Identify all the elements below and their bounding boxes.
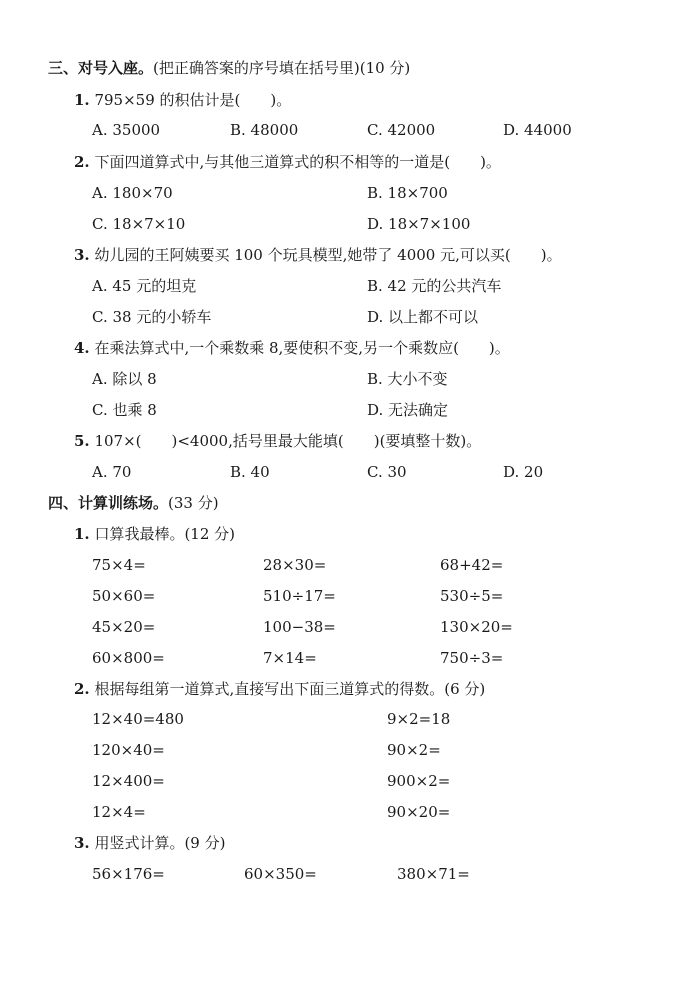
option-c: C. 42000 bbox=[367, 120, 435, 140]
oral-calc-item: 28×30= bbox=[263, 555, 326, 575]
section-3-heading: 三、对号入座。(把正确答案的序号填在括号里)(10 分) bbox=[48, 58, 410, 78]
question-text: 幼儿园的王阿姨要买 100 个玩具模型,她带了 4000 元,可以买( )。 bbox=[94, 246, 561, 264]
option-c: C. 18×7×10 bbox=[92, 214, 185, 234]
vertical-calc-item: 380×71= bbox=[397, 864, 470, 884]
vertical-calc-item: 56×176= bbox=[92, 864, 165, 884]
question-1: 1. 795×59 的积估计是( )。 bbox=[74, 90, 291, 110]
section-3-title: 三、对号入座。 bbox=[48, 59, 153, 77]
option-a: A. 180×70 bbox=[92, 183, 173, 203]
pattern-calc-item: 12×400= bbox=[92, 771, 165, 791]
section-4-note: (33 分) bbox=[168, 494, 219, 512]
question-text: 下面四道算式中,与其他三道算式的积不相等的一道是( )。 bbox=[94, 153, 500, 171]
question-number: 3. bbox=[74, 246, 90, 264]
pattern-calc-item: 12×40=480 bbox=[92, 709, 184, 729]
option-b: B. 42 元的公共汽车 bbox=[367, 276, 501, 296]
oral-calc-item: 60×800= bbox=[92, 648, 165, 668]
pattern-calc-item: 120×40= bbox=[92, 740, 165, 760]
option-a: A. 70 bbox=[92, 462, 131, 482]
vertical-calc-item: 60×350= bbox=[244, 864, 317, 884]
worksheet-page: 三、对号入座。(把正确答案的序号填在括号里)(10 分) 1. 795×59 的… bbox=[0, 0, 689, 1005]
question-2: 2. 下面四道算式中,与其他三道算式的积不相等的一道是( )。 bbox=[74, 152, 501, 172]
option-d: D. 18×7×100 bbox=[367, 214, 470, 234]
question-number: 4. bbox=[74, 339, 90, 357]
option-b: B. 40 bbox=[230, 462, 270, 482]
question-3: 3. 幼儿园的王阿姨要买 100 个玩具模型,她带了 4000 元,可以买( )… bbox=[74, 245, 562, 265]
part-number: 1. bbox=[74, 525, 90, 543]
question-text: 107×( )<4000,括号里最大能填( )(要填整十数)。 bbox=[94, 432, 481, 450]
option-b: B. 48000 bbox=[230, 120, 298, 140]
section-3-note: (把正确答案的序号填在括号里)(10 分) bbox=[153, 59, 410, 77]
pattern-calc-item: 9×2=18 bbox=[387, 709, 450, 729]
oral-calc-item: 530÷5= bbox=[440, 586, 503, 606]
pattern-calc-item: 12×4= bbox=[92, 802, 146, 822]
oral-calc-item: 50×60= bbox=[92, 586, 155, 606]
oral-calc-item: 75×4= bbox=[92, 555, 146, 575]
question-number: 5. bbox=[74, 432, 90, 450]
question-text: 在乘法算式中,一个乘数乘 8,要使积不变,另一个乘数应( )。 bbox=[94, 339, 509, 357]
option-c: C. 也乘 8 bbox=[92, 400, 157, 420]
option-b: B. 18×700 bbox=[367, 183, 448, 203]
option-a: A. 45 元的坦克 bbox=[92, 276, 196, 296]
question-number: 1. bbox=[74, 91, 90, 109]
part-2: 2. 根据每组第一道算式,直接写出下面三道算式的得数。(6 分) bbox=[74, 679, 485, 699]
oral-calc-item: 130×20= bbox=[440, 617, 513, 637]
option-a: A. 除以 8 bbox=[92, 369, 157, 389]
part-text: 根据每组第一道算式,直接写出下面三道算式的得数。(6 分) bbox=[94, 680, 485, 698]
pattern-calc-item: 900×2= bbox=[387, 771, 450, 791]
option-d: D. 以上都不可以 bbox=[367, 307, 478, 327]
pattern-calc-item: 90×2= bbox=[387, 740, 441, 760]
question-4: 4. 在乘法算式中,一个乘数乘 8,要使积不变,另一个乘数应( )。 bbox=[74, 338, 510, 358]
oral-calc-item: 510÷17= bbox=[263, 586, 336, 606]
part-number: 2. bbox=[74, 680, 90, 698]
oral-calc-item: 68+42= bbox=[440, 555, 503, 575]
part-number: 3. bbox=[74, 834, 90, 852]
pattern-calc-item: 90×20= bbox=[387, 802, 450, 822]
part-text: 用竖式计算。(9 分) bbox=[94, 834, 225, 852]
question-number: 2. bbox=[74, 153, 90, 171]
part-3: 3. 用竖式计算。(9 分) bbox=[74, 833, 225, 853]
part-1: 1. 口算我最棒。(12 分) bbox=[74, 524, 235, 544]
question-text: 795×59 的积估计是( )。 bbox=[94, 91, 291, 109]
option-c: C. 38 元的小轿车 bbox=[92, 307, 211, 327]
option-d: D. 无法确定 bbox=[367, 400, 448, 420]
question-5: 5. 107×( )<4000,括号里最大能填( )(要填整十数)。 bbox=[74, 431, 481, 451]
section-4-title: 四、计算训练场。 bbox=[48, 494, 168, 512]
option-d: D. 44000 bbox=[503, 120, 572, 140]
section-4-heading: 四、计算训练场。(33 分) bbox=[48, 493, 219, 513]
oral-calc-item: 100−38= bbox=[263, 617, 336, 637]
oral-calc-item: 750÷3= bbox=[440, 648, 503, 668]
option-d: D. 20 bbox=[503, 462, 543, 482]
part-text: 口算我最棒。(12 分) bbox=[94, 525, 235, 543]
option-a: A. 35000 bbox=[92, 120, 160, 140]
option-c: C. 30 bbox=[367, 462, 407, 482]
oral-calc-item: 7×14= bbox=[263, 648, 317, 668]
option-b: B. 大小不变 bbox=[367, 369, 448, 389]
oral-calc-item: 45×20= bbox=[92, 617, 155, 637]
